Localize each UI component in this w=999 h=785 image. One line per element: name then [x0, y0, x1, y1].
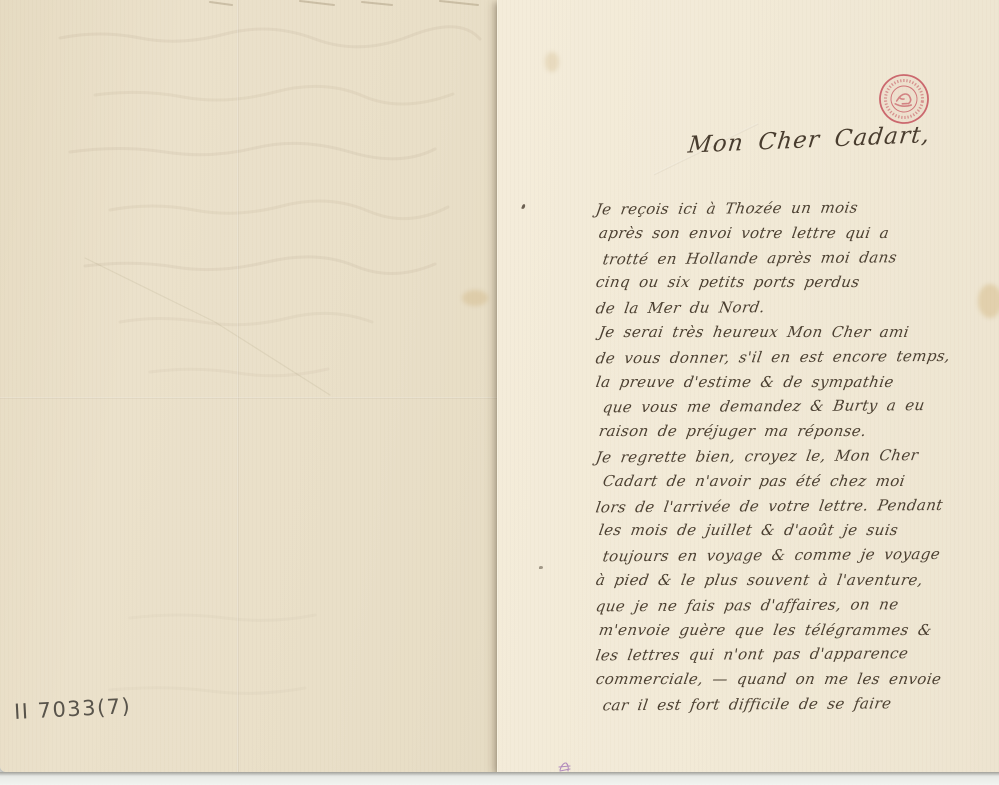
- letter-line: après son envoi votre lettre qui a: [594, 221, 990, 246]
- letter-line: que vous me demandez & Burty a eu: [594, 393, 990, 421]
- left-page: [0, 0, 500, 772]
- letter-line: Je reçois ici à Thozée un mois: [594, 195, 990, 223]
- letter-line: la preuve d'estime & de sympathie: [594, 370, 990, 395]
- age-stain: [545, 52, 559, 72]
- letter-line: de vous donner, s'il en est encore temps…: [594, 343, 990, 371]
- age-stain: [462, 290, 488, 306]
- ink-dot: [539, 566, 543, 569]
- letter-line: m'envoie guère que les télégrammes &: [594, 618, 990, 643]
- letter-line: cinq ou six petits ports perdus: [594, 270, 990, 295]
- fold-crease-horizontal: [0, 397, 497, 399]
- letter-line: lors de l'arrivée de votre lettre. Penda…: [594, 492, 990, 520]
- ink-bleedthrough: [0, 0, 500, 772]
- paper-edge-shadow: [0, 772, 999, 776]
- letter-line: Je serai très heureux Mon Cher ami: [594, 320, 990, 345]
- letter-line: que je ne fais pas d'affaires, on ne: [594, 591, 990, 619]
- letter-line: trotté en Hollande après moi dans: [594, 244, 990, 272]
- letter-scan: Mon Cher Cadart, Je reçois ici à Thozée …: [0, 0, 999, 785]
- letter-line: les lettres qui n'ont pas d'apparence: [594, 641, 990, 669]
- letter-line: Je regrette bien, croyez le, Mon Cher: [594, 443, 990, 471]
- letter-line: car il est fort difficile de se faire: [594, 691, 990, 719]
- letter-body: Je reçois ici à Thozée un mois après son…: [596, 196, 988, 717]
- letter-line: raison de préjuger ma réponse.: [594, 419, 990, 444]
- letter-line: Cadart de n'avoir pas été chez moi: [594, 469, 990, 494]
- letter-line: commerciale, — quand on me les envoie: [594, 667, 990, 692]
- letter-line: les mois de juillet & d'août je suis: [594, 518, 990, 543]
- letter-line: toujours en voyage & comme je voyage: [594, 542, 990, 570]
- letter-line: de la Mer du Nord.: [594, 294, 990, 322]
- letter-line: à pied & le plus souvent à l'aventure,: [594, 568, 990, 593]
- fold-crease-vertical: [237, 0, 239, 772]
